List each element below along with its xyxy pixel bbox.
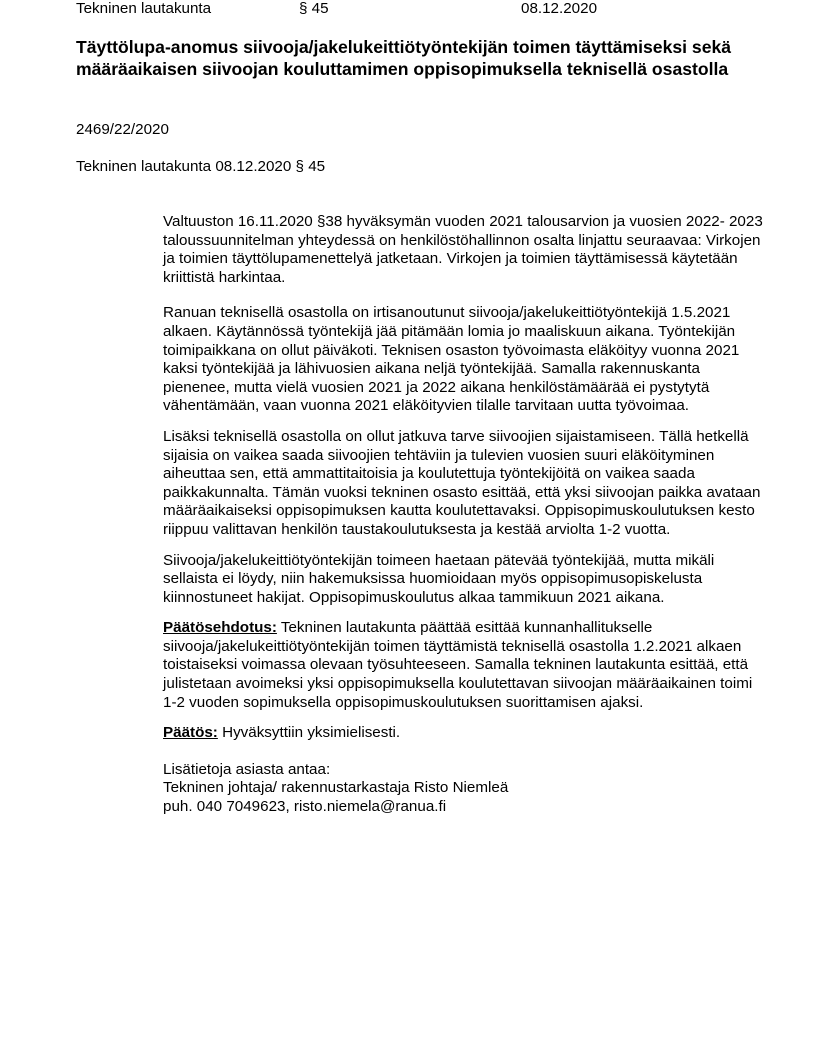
paragraph-budget-context: Valtuuston 16.11.2020 §38 hyväksymän vuo… [163, 213, 763, 287]
page-header: Tekninen lautakunta § 45 08.12.2020 [76, 0, 776, 18]
decision-text: Hyväksyttiin yksimielisesti. [218, 724, 400, 741]
contact-intro: Lisätietoja asiasta antaa: [163, 761, 763, 780]
paragraph-resignation: Ranuan teknisellä osastolla on irtisanou… [163, 304, 763, 416]
document-body: Valtuuston 16.11.2020 §38 hyväksymän vuo… [163, 213, 763, 817]
header-committee: Tekninen lautakunta [76, 0, 211, 18]
diary-number: 2469/22/2020 [76, 121, 169, 139]
paragraph-recruitment: Siivooja/jakelukeittiötyöntekijän toimee… [163, 552, 763, 608]
header-date: 08.12.2020 [521, 0, 597, 18]
contact-person: Tekninen johtaja/ rakennustarkastaja Ris… [163, 779, 763, 798]
decision-label: Päätös: [163, 724, 218, 741]
contact-details: puh. 040 7049623, risto.niemela@ranua.fi [163, 798, 763, 817]
header-section-number: § 45 [299, 0, 329, 18]
proposal-label: Päätösehdotus: [163, 619, 277, 636]
meeting-reference: Tekninen lautakunta 08.12.2020 § 45 [76, 158, 325, 176]
contact-info: Lisätietoja asiasta antaa: Tekninen joht… [163, 761, 763, 817]
paragraph-substitute-need: Lisäksi teknisellä osastolla on ollut ja… [163, 428, 763, 540]
decision-proposal: Päätösehdotus: Tekninen lautakunta päätt… [163, 619, 763, 712]
decision: Päätös: Hyväksyttiin yksimielisesti. [163, 724, 763, 743]
document-title: Täyttölupa-anomus siivooja/jakelukeittiö… [76, 37, 766, 80]
